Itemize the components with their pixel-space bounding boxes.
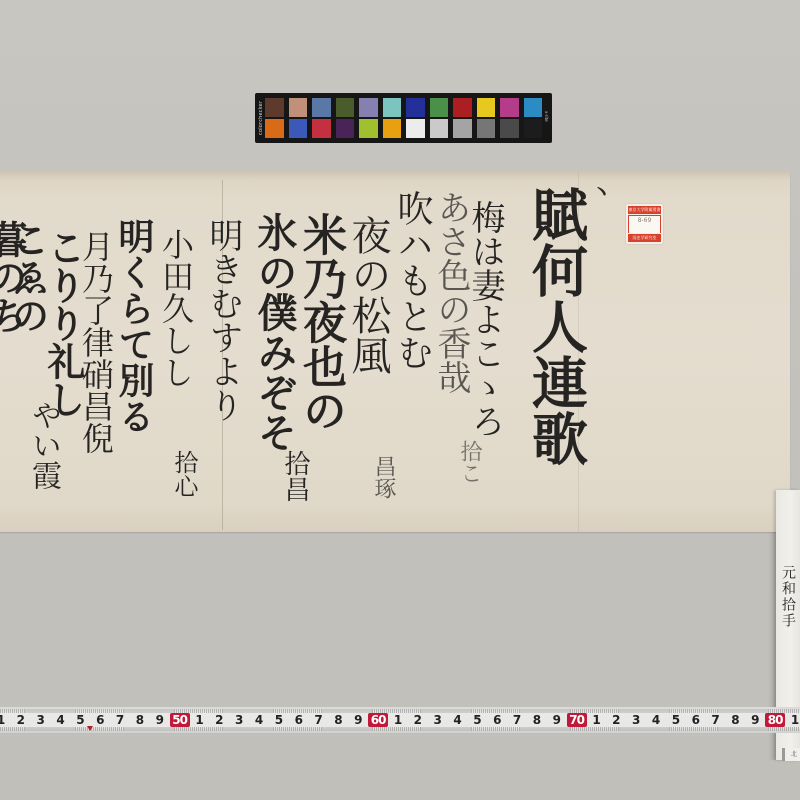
calligraphy-column: 梅は妻よこゝろ (468, 200, 502, 438)
label-footer: 国史学研究室 (628, 234, 661, 242)
ruler-number: 4 (649, 713, 663, 727)
label-header: 東京大学附属図書館 (628, 206, 661, 214)
color-swatch (477, 98, 496, 117)
ruler-number: 7 (113, 713, 127, 727)
color-swatch (453, 119, 472, 138)
xrite-logo: x-rite (541, 101, 549, 131)
color-swatch (524, 119, 543, 138)
ruler-number: 1 (0, 713, 8, 727)
color-swatch (383, 119, 402, 138)
ruler-number: 9 (351, 713, 365, 727)
ruler-number: 8 (728, 713, 742, 727)
ruler-number: 9 (748, 713, 762, 727)
ruler-number: 3 (431, 713, 445, 727)
ruler-number: 3 (232, 713, 246, 727)
ruler-number: 5 (669, 713, 683, 727)
ruler-number: 5 (272, 713, 286, 727)
calligraphy-column: 夜の松風 (348, 215, 388, 375)
calligraphy-column: 米乃夜也の (298, 212, 342, 432)
ruler-number: 5 (73, 713, 87, 727)
calligraphy-column: 暮のち (0, 220, 24, 334)
color-swatch (477, 119, 496, 138)
ruler-number: 1 (391, 713, 405, 727)
paper-top-edge (0, 172, 790, 180)
color-swatch (336, 119, 355, 138)
ruler-number: 70 (567, 713, 587, 727)
color-swatch (265, 119, 284, 138)
calligraphy-column: 昌琢 (372, 455, 394, 499)
ruler-number: 6 (689, 713, 703, 727)
ruler-number: 3 (629, 713, 643, 727)
ruler-number: 3 (34, 713, 48, 727)
measuring-ruler: 1234567895012345678960123456789701234567… (0, 707, 800, 733)
ruler-marker-icon (87, 726, 93, 731)
color-swatch (524, 98, 543, 117)
ruler-number: 4 (54, 713, 68, 727)
manuscript-paper: 賦何人連歌丶梅は妻よこゝろあさ色の香哉拾こ吹ハもとむ夜の松風昌琢米乃夜也の氷の僕… (0, 172, 790, 532)
library-catalog-label: 東京大学附属図書館 8-69 国史学研究室 (625, 203, 664, 245)
ruler-number: 9 (550, 713, 564, 727)
calligraphy-column: 賦何人連歌 (528, 186, 584, 466)
calligraphy-column: 丶 (590, 182, 610, 202)
ruler-number: 50 (170, 713, 190, 727)
corner-tag: 北 (782, 748, 800, 761)
label-blank-field (628, 225, 661, 233)
ruler-number: 6 (490, 713, 504, 727)
ruler-number: 1 (590, 713, 604, 727)
color-swatch (289, 98, 308, 117)
color-swatch (430, 98, 449, 117)
swatch-row-top (265, 98, 542, 117)
ruler-number: 4 (252, 713, 266, 727)
calligraphy-column: 明きむすより (206, 218, 240, 422)
ruler-number: 60 (368, 713, 388, 727)
ruler-ticks-bottom (0, 727, 800, 731)
calligraphy-column: 拾心 (172, 450, 196, 498)
slip-inscription: 元和拾手 (781, 565, 795, 629)
ruler-number: 2 (14, 713, 28, 727)
color-swatch (383, 98, 402, 117)
ruler-number: 80 (765, 713, 785, 727)
color-swatch (289, 119, 308, 138)
ruler-number: 6 (292, 713, 306, 727)
ruler-number: 8 (530, 713, 544, 727)
color-swatch (406, 119, 425, 138)
ruler-number: 7 (709, 713, 723, 727)
ruler-number: 7 (510, 713, 524, 727)
color-swatch (406, 98, 425, 117)
calligraphy-column: 小田久しし (160, 228, 192, 388)
calligraphy-column: あさ色の香哉 (434, 190, 468, 394)
color-swatch (312, 119, 331, 138)
calligraphy-column: やい霞 (28, 400, 58, 490)
color-checker-card: colorchecker x-rite (255, 93, 552, 143)
color-swatch (500, 119, 519, 138)
ruler-number: 7 (312, 713, 326, 727)
ruler-number: 5 (470, 713, 484, 727)
ruler-number: 6 (93, 713, 107, 727)
ruler-number: 8 (331, 713, 345, 727)
color-swatch (500, 98, 519, 117)
color-swatch (359, 98, 378, 117)
swatch-row-bottom (265, 119, 542, 138)
ruler-number: 2 (609, 713, 623, 727)
ruler-number: 4 (451, 713, 465, 727)
color-swatch (453, 98, 472, 117)
calligraphy-column: 拾昌 (282, 450, 308, 502)
ruler-number: 8 (133, 713, 147, 727)
ruler-number: 2 (411, 713, 425, 727)
color-swatch (265, 98, 284, 117)
color-swatch (359, 119, 378, 138)
ruler-number: 9 (153, 713, 167, 727)
calligraphy-column: 吹ハもとむ (394, 190, 430, 370)
color-swatch (336, 98, 355, 117)
calligraphy-column: 明くらて別る (116, 218, 152, 434)
ruler-number: 2 (212, 713, 226, 727)
calligraphy-column: 拾こ (458, 440, 480, 484)
ruler-number: 1 (193, 713, 207, 727)
calligraphy-column: 氷の僕みぞそ (254, 212, 294, 452)
ruler-number: 1 (788, 713, 800, 727)
color-swatch (430, 119, 449, 138)
color-swatch (312, 98, 331, 117)
